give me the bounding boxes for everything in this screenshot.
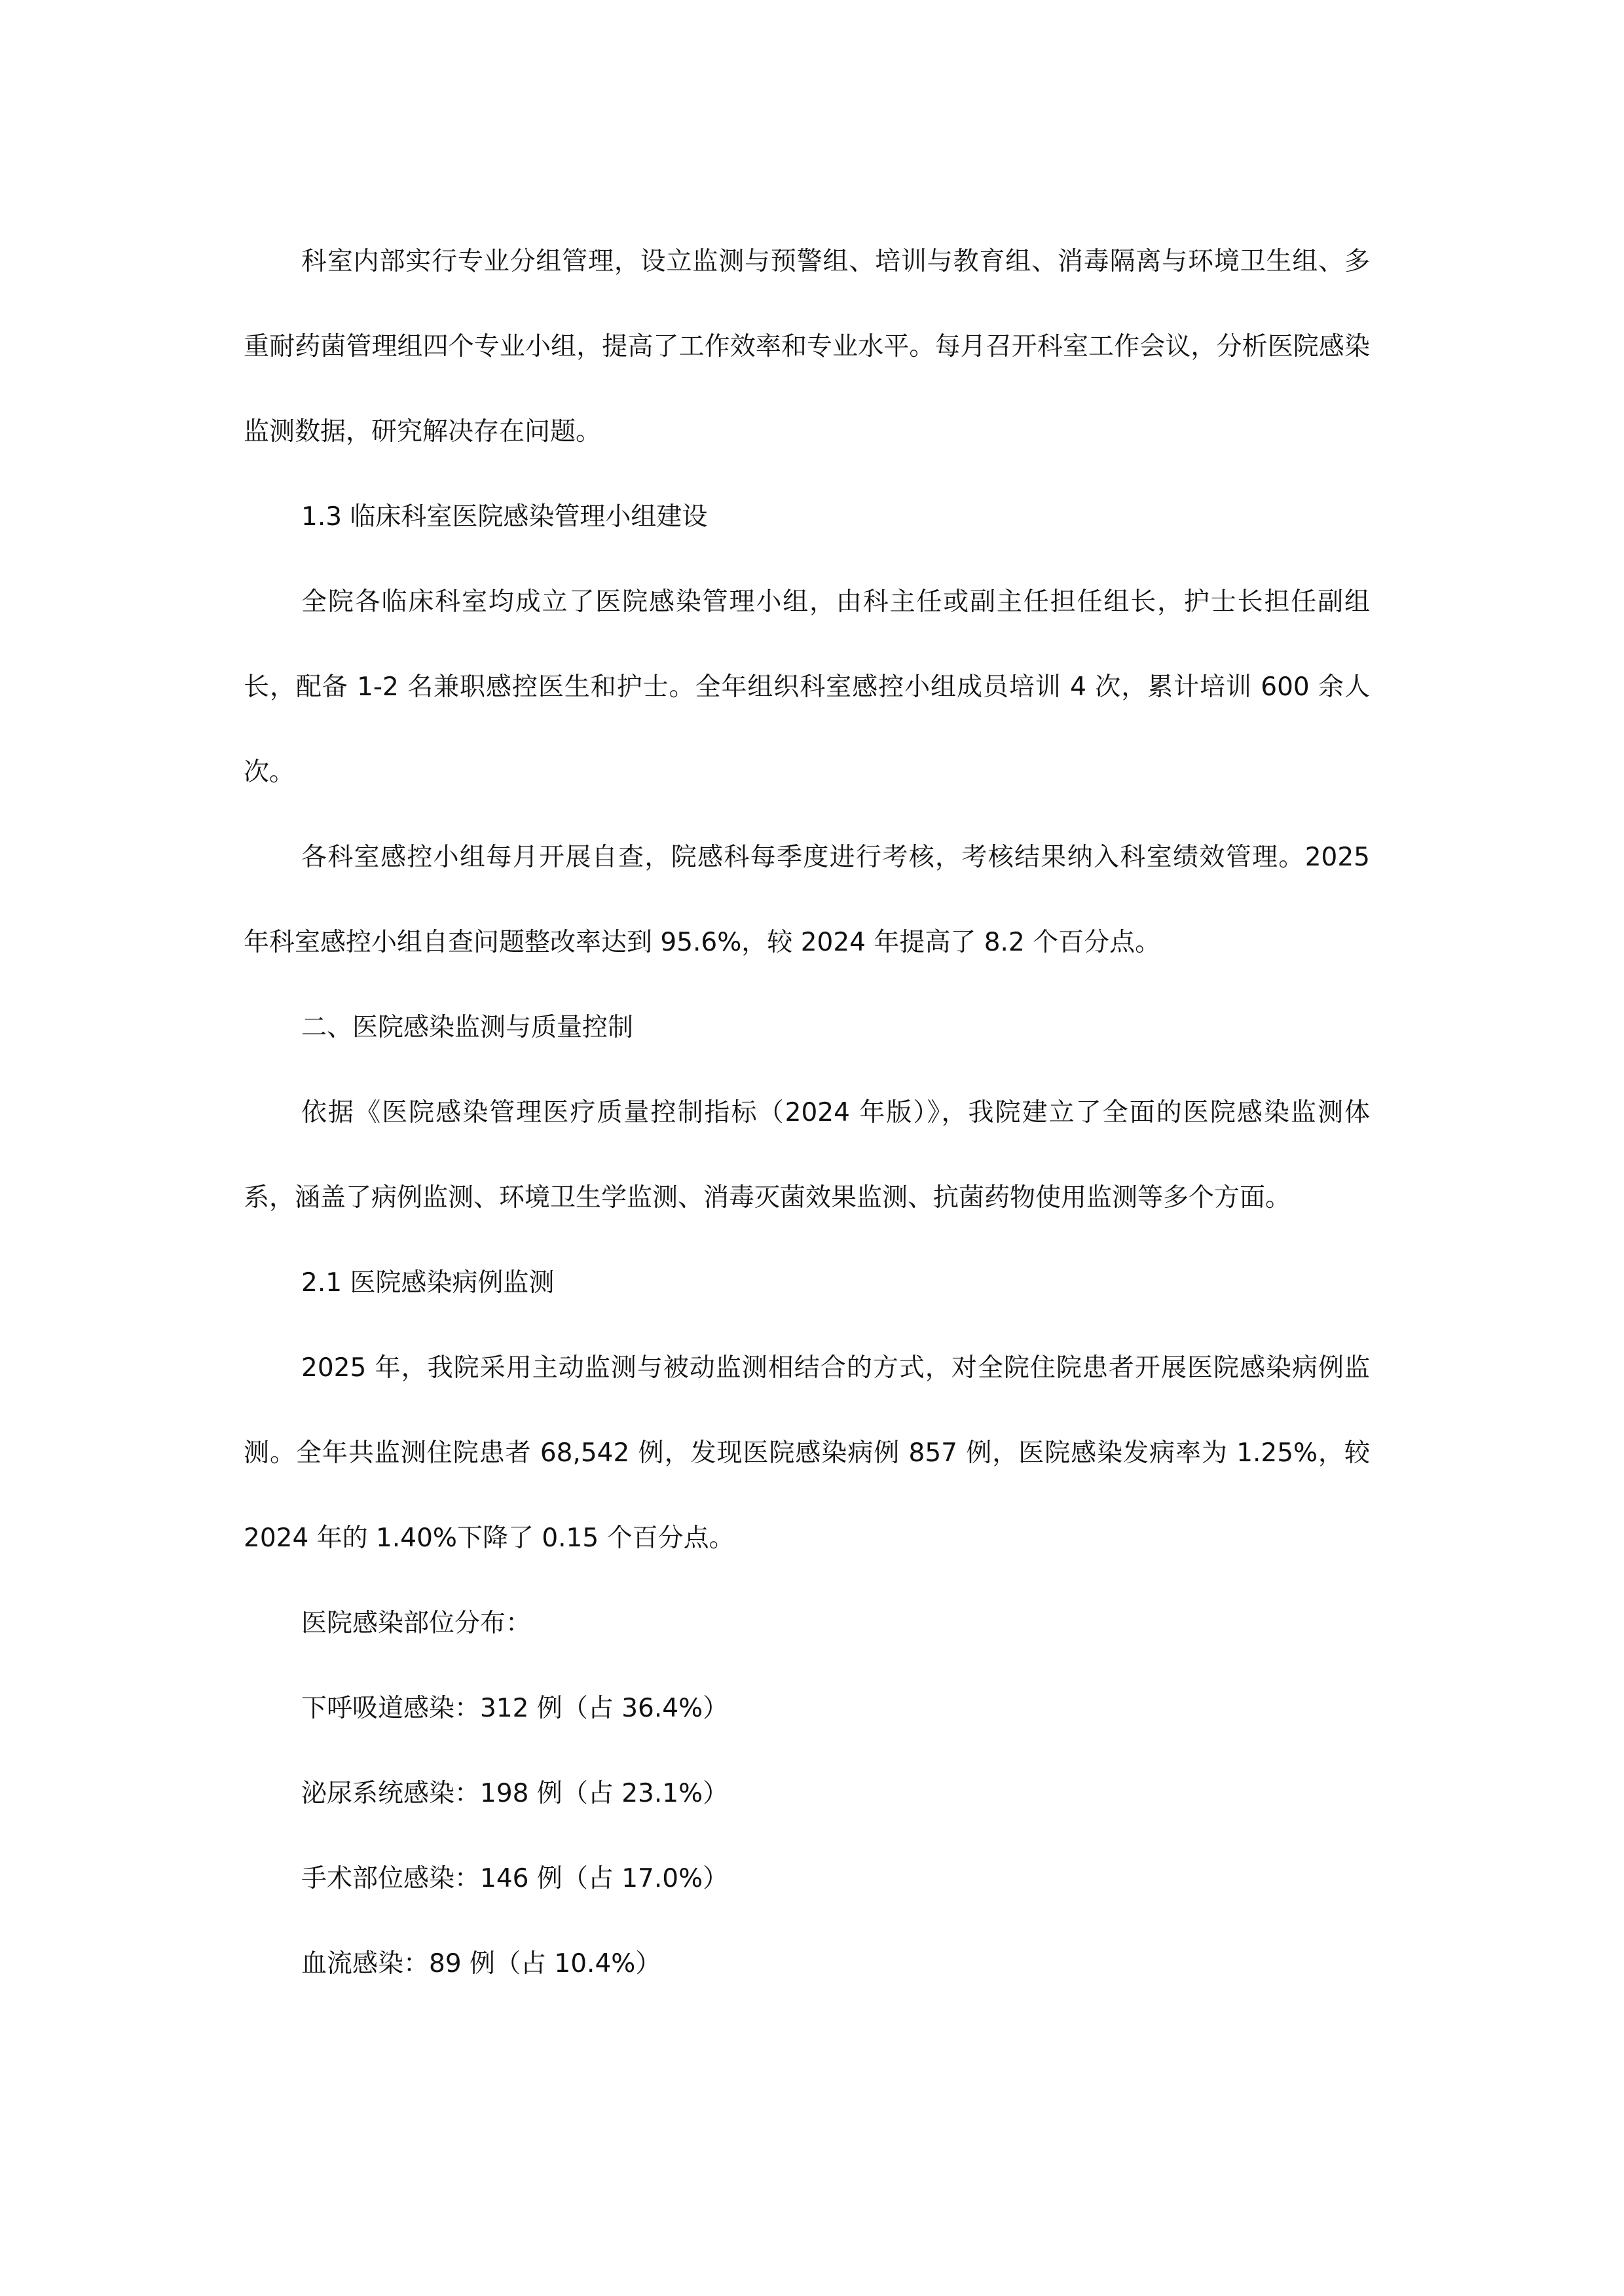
- paragraph-department-groups: 科室内部实行专业分组管理，设立监测与预警组、培训与教育组、消毒隔离与环境卫生组、…: [244, 219, 1370, 475]
- section-heading-1-3: 1.3 临床科室医院感染管理小组建设: [244, 475, 1370, 560]
- list-item-bloodstream: 血流感染：89 例（占 10.4%）: [244, 1922, 1370, 2007]
- paragraph-monitoring-system: 依据《医院感染管理医疗质量控制指标（2024 年版）》，我院建立了全面的医院感染…: [244, 1070, 1370, 1241]
- section-heading-2-1: 2.1 医院感染病例监测: [244, 1241, 1370, 1326]
- paragraph-case-monitoring: 2025 年，我院采用主动监测与被动监测相结合的方式，对全院住院患者开展医院感染…: [244, 1326, 1370, 1581]
- infection-site-distribution-label: 医院感染部位分布：: [244, 1581, 1370, 1666]
- section-heading-2: 二、医院感染监测与质量控制: [244, 985, 1370, 1070]
- list-item-surgical-site: 手术部位感染：146 例（占 17.0%）: [244, 1836, 1370, 1922]
- list-item-lower-respiratory: 下呼吸道感染：312 例（占 36.4%）: [244, 1666, 1370, 1751]
- document-page: 科室内部实行专业分组管理，设立监测与预警组、培训与教育组、消毒隔离与环境卫生组、…: [244, 219, 1370, 2007]
- infection-site-list: 下呼吸道感染：312 例（占 36.4%） 泌尿系统感染：198 例（占 23.…: [244, 1666, 1370, 2007]
- paragraph-clinical-groups: 全院各临床科室均成立了医院感染管理小组，由科主任或副主任担任组长，护士长担任副组…: [244, 560, 1370, 815]
- paragraph-self-inspection: 各科室感控小组每月开展自查，院感科每季度进行考核，考核结果纳入科室绩效管理。20…: [244, 815, 1370, 985]
- list-item-urinary: 泌尿系统感染：198 例（占 23.1%）: [244, 1751, 1370, 1836]
